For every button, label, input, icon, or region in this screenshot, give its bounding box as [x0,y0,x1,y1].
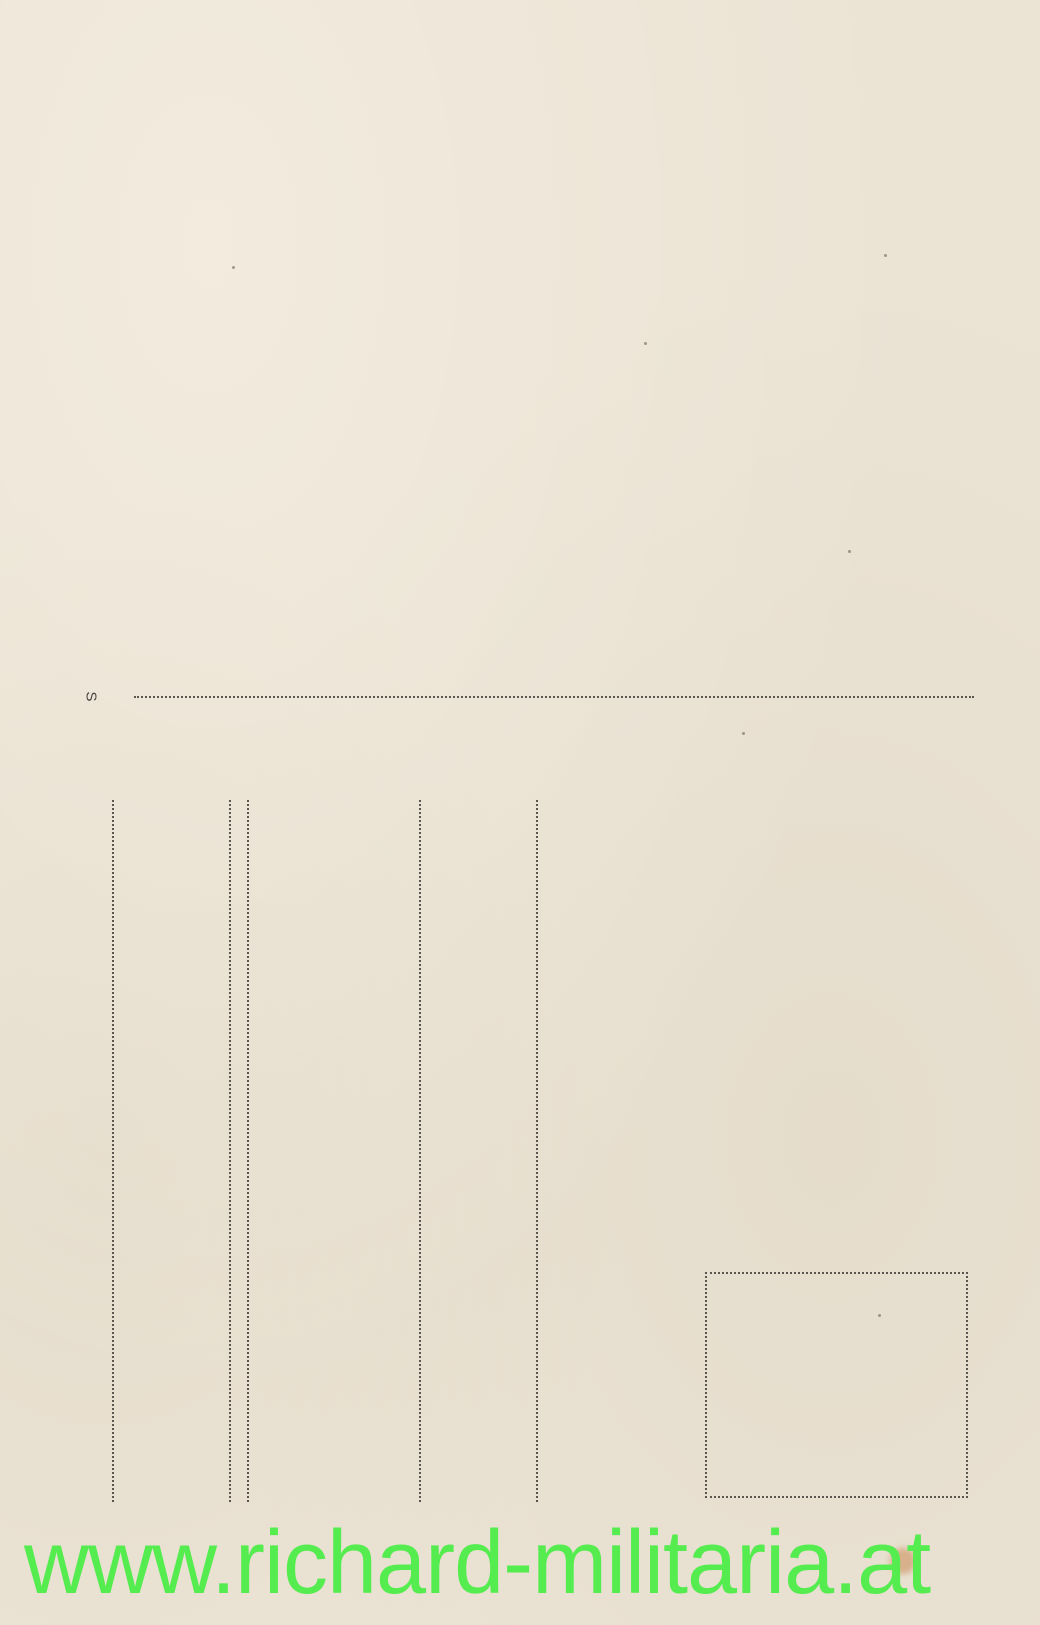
speck [884,254,887,257]
watermark-text: www.richard-militaria.at [24,1518,930,1608]
divider-line-3 [247,800,249,1502]
stamp-box [705,1272,968,1498]
speck [232,266,235,269]
address-prefix-label: S [83,691,100,701]
divider-line-5 [536,800,538,1502]
divider-line-1 [112,800,114,1502]
divider-line-4 [419,800,421,1502]
speck [848,550,851,553]
speck [742,732,745,735]
speck [644,342,647,345]
divider-line-2 [229,800,231,1502]
address-line [134,696,974,698]
